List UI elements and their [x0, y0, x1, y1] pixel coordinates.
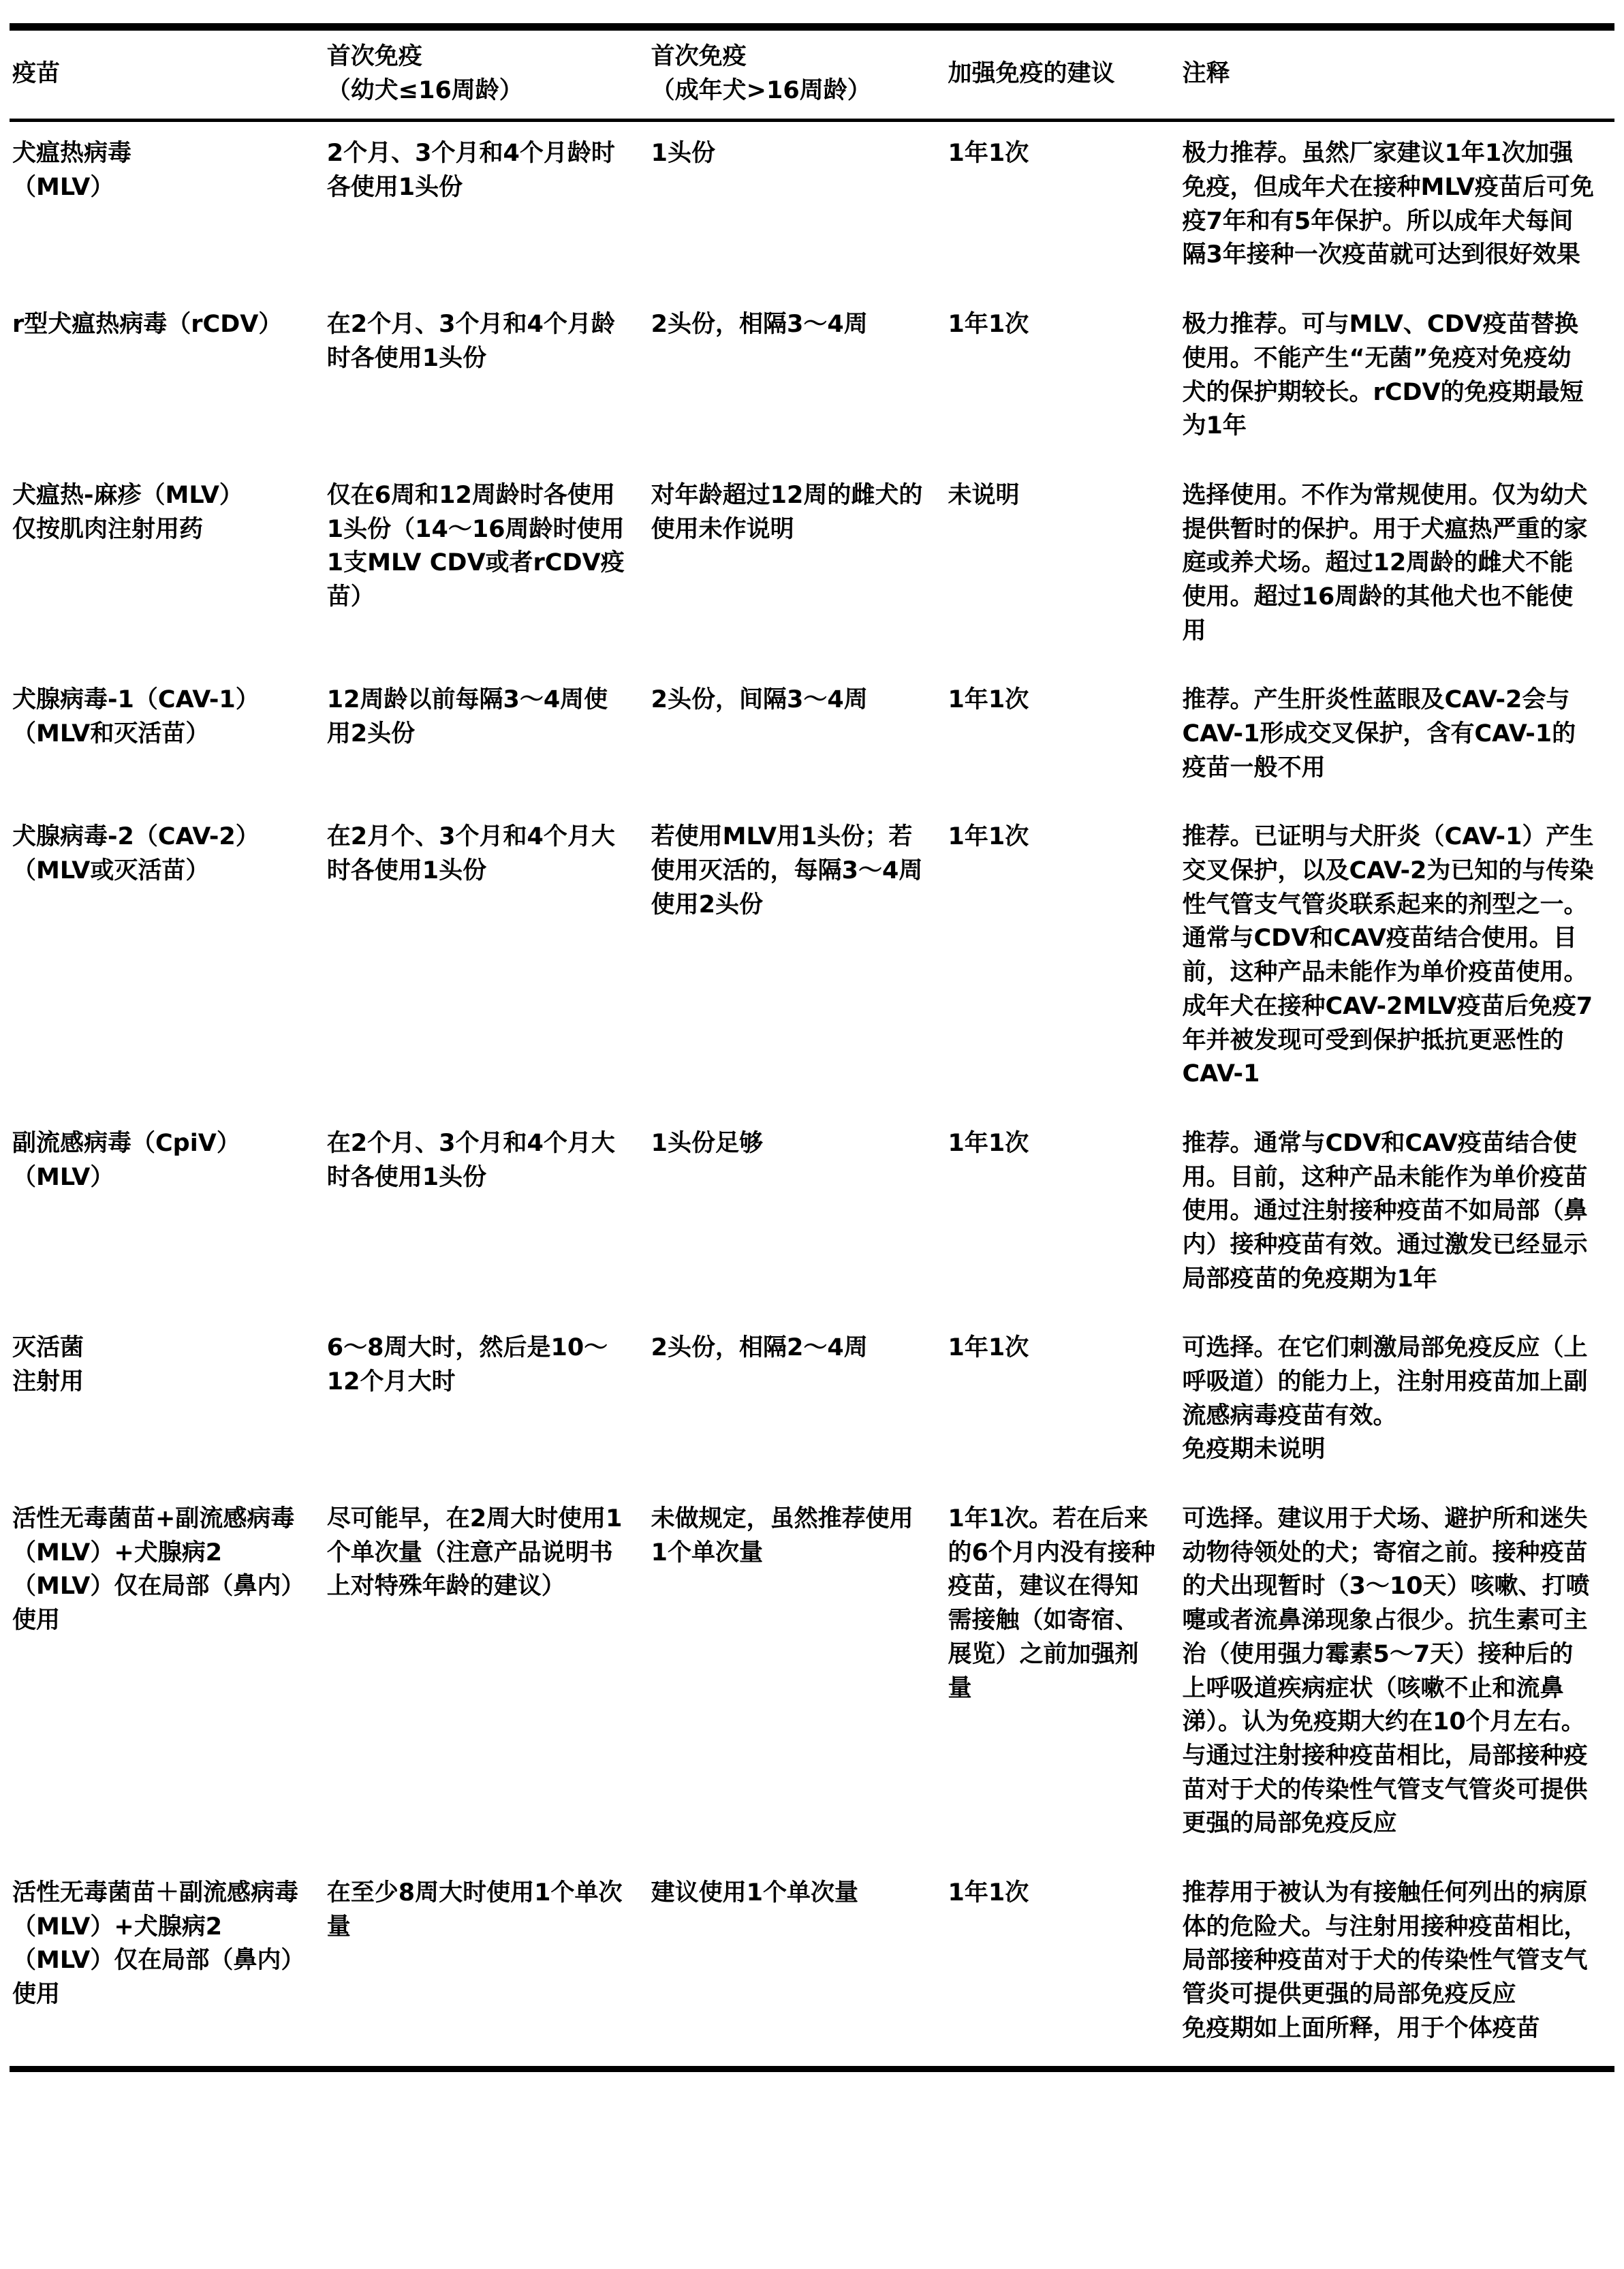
- puppy-dose-cell: 在2个月、3个月和4个月大时各使用1头份: [324, 1112, 649, 1316]
- table-row: 犬腺病毒-1（CAV-1） （MLV和灭活苗） 12周龄以前每隔3～4周使用2头…: [10, 668, 1614, 805]
- puppy-dose-cell: 尽可能早，在2周大时使用1个单次量（注意产品说明书上对特殊年龄的建议）: [324, 1487, 649, 1862]
- booster-cell: 1年1次: [946, 1862, 1180, 2069]
- vaccine-name-cell: 犬腺病毒-1（CAV-1） （MLV和灭活苗）: [10, 668, 324, 805]
- booster-cell: 1年1次: [946, 293, 1180, 464]
- booster-cell: 1年1次: [946, 1112, 1180, 1316]
- notes-cell: 极力推荐。虽然厂家建议1年1次加强免疫，但成年犬在接种MLV疫苗后可免疫7年和有…: [1180, 121, 1615, 293]
- booster-cell: 1年1次。若在后来的6个月内没有接种疫苗，建议在得知需接触（如寄宿、展览）之前加…: [946, 1487, 1180, 1862]
- adult-dose-cell: 1头份: [649, 121, 946, 293]
- table-row: 犬瘟热-麻疹（MLV） 仅按肌肉注射用药 仅在6周和12周龄时各使用1头份（14…: [10, 464, 1614, 668]
- puppy-dose-cell: 在2月个、3个月和4个月大时各使用1头份: [324, 805, 649, 1112]
- document-page: 疫苗 首次免疫 （幼犬≤16周龄） 首次免疫 （成年犬>16周龄） 加强免疫的建…: [0, 0, 1624, 2072]
- table-row: 活性无毒菌苗+副流感病毒（MLV）+犬腺病2（MLV）仅在局部（鼻内）使用 尽可…: [10, 1487, 1614, 1862]
- adult-dose-cell: 2头份，间隔3～4周: [649, 668, 946, 805]
- notes-cell: 可选择。在它们刺激局部免疫反应（上呼吸道）的能力上，注射用疫苗加上副流感病毒疫苗…: [1180, 1316, 1615, 1487]
- header-vaccine: 疫苗: [10, 27, 324, 121]
- vaccine-name-cell: 犬瘟热病毒 （MLV）: [10, 121, 324, 293]
- vaccine-name-cell: 灭活菌 注射用: [10, 1316, 324, 1487]
- puppy-dose-cell: 6～8周大时，然后是10～12个月大时: [324, 1316, 649, 1487]
- booster-cell: 1年1次: [946, 121, 1180, 293]
- table-header-row: 疫苗 首次免疫 （幼犬≤16周龄） 首次免疫 （成年犬>16周龄） 加强免疫的建…: [10, 27, 1614, 121]
- adult-dose-cell: 2头份，相隔2～4周: [649, 1316, 946, 1487]
- table-row: r型犬瘟热病毒（rCDV） 在2个月、3个月和4个月龄时各使用1头份 2头份，相…: [10, 293, 1614, 464]
- puppy-dose-cell: 12周龄以前每隔3～4周使用2头份: [324, 668, 649, 805]
- header-first-immunization-adult: 首次免疫 （成年犬>16周龄）: [649, 27, 946, 121]
- vaccine-name-cell: 副流感病毒（CpiV） （MLV）: [10, 1112, 324, 1316]
- notes-cell: 推荐。通常与CDV和CAV疫苗结合使用。目前，这种产品未能作为单价疫苗使用。通过…: [1180, 1112, 1615, 1316]
- puppy-dose-cell: 在2个月、3个月和4个月龄时各使用1头份: [324, 293, 649, 464]
- adult-dose-cell: 建议使用1个单次量: [649, 1862, 946, 2069]
- header-booster-recommendation: 加强免疫的建议: [946, 27, 1180, 121]
- adult-dose-cell: 若使用MLV用1头份；若使用灭活的，每隔3～4周使用2头份: [649, 805, 946, 1112]
- notes-cell: 推荐。已证明与犬肝炎（CAV-1）产生交叉保护，以及CAV-2为已知的与传染性气…: [1180, 805, 1615, 1112]
- booster-cell: 1年1次: [946, 1316, 1180, 1487]
- adult-dose-cell: 1头份足够: [649, 1112, 946, 1316]
- adult-dose-cell: 未做规定，虽然推荐使用1个单次量: [649, 1487, 946, 1862]
- adult-dose-cell: 对年龄超过12周的雌犬的使用未作说明: [649, 464, 946, 668]
- vaccine-name-cell: 犬腺病毒-2（CAV-2） （MLV或灭活苗）: [10, 805, 324, 1112]
- adult-dose-cell: 2头份，相隔3～4周: [649, 293, 946, 464]
- booster-cell: 1年1次: [946, 805, 1180, 1112]
- notes-cell: 推荐。产生肝炎性蓝眼及CAV-2会与CAV-1形成交叉保护，含有CAV-1的疫苗…: [1180, 668, 1615, 805]
- notes-cell: 推荐用于被认为有接触任何列出的病原体的危险犬。与注射用接种疫苗相比，局部接种疫苗…: [1180, 1862, 1615, 2069]
- header-notes: 注释: [1180, 27, 1615, 121]
- header-first-immunization-puppy: 首次免疫 （幼犬≤16周龄）: [324, 27, 649, 121]
- booster-cell: 1年1次: [946, 668, 1180, 805]
- notes-cell: 极力推荐。可与MLV、CDV疫苗替换使用。不能产生“无菌”免疫对免疫幼犬的保护期…: [1180, 293, 1615, 464]
- vaccine-name-cell: 活性无毒菌苗＋副流感病毒（MLV）+犬腺病2（MLV）仅在局部（鼻内）使用: [10, 1862, 324, 2069]
- puppy-dose-cell: 2个月、3个月和4个月龄时各使用1头份: [324, 121, 649, 293]
- table-row: 活性无毒菌苗＋副流感病毒（MLV）+犬腺病2（MLV）仅在局部（鼻内）使用 在至…: [10, 1862, 1614, 2069]
- vaccine-schedule-table: 疫苗 首次免疫 （幼犬≤16周龄） 首次免疫 （成年犬>16周龄） 加强免疫的建…: [10, 23, 1614, 2072]
- puppy-dose-cell: 在至少8周大时使用1个单次量: [324, 1862, 649, 2069]
- table-row: 犬瘟热病毒 （MLV） 2个月、3个月和4个月龄时各使用1头份 1头份 1年1次…: [10, 121, 1614, 293]
- notes-cell: 可选择。建议用于犬场、避护所和迷失动物待领处的犬；寄宿之前。接种疫苗的犬出现暂时…: [1180, 1487, 1615, 1862]
- vaccine-name-cell: 犬瘟热-麻疹（MLV） 仅按肌肉注射用药: [10, 464, 324, 668]
- notes-cell: 选择使用。不作为常规使用。仅为幼犬提供暂时的保护。用于犬瘟热严重的家庭或养犬场。…: [1180, 464, 1615, 668]
- table-row: 犬腺病毒-2（CAV-2） （MLV或灭活苗） 在2月个、3个月和4个月大时各使…: [10, 805, 1614, 1112]
- table-row: 灭活菌 注射用 6～8周大时，然后是10～12个月大时 2头份，相隔2～4周 1…: [10, 1316, 1614, 1487]
- puppy-dose-cell: 仅在6周和12周龄时各使用1头份（14～16周龄时使用1支MLV CDV或者rC…: [324, 464, 649, 668]
- table-row: 副流感病毒（CpiV） （MLV） 在2个月、3个月和4个月大时各使用1头份 1…: [10, 1112, 1614, 1316]
- vaccine-name-cell: r型犬瘟热病毒（rCDV）: [10, 293, 324, 464]
- vaccine-name-cell: 活性无毒菌苗+副流感病毒（MLV）+犬腺病2（MLV）仅在局部（鼻内）使用: [10, 1487, 324, 1862]
- booster-cell: 未说明: [946, 464, 1180, 668]
